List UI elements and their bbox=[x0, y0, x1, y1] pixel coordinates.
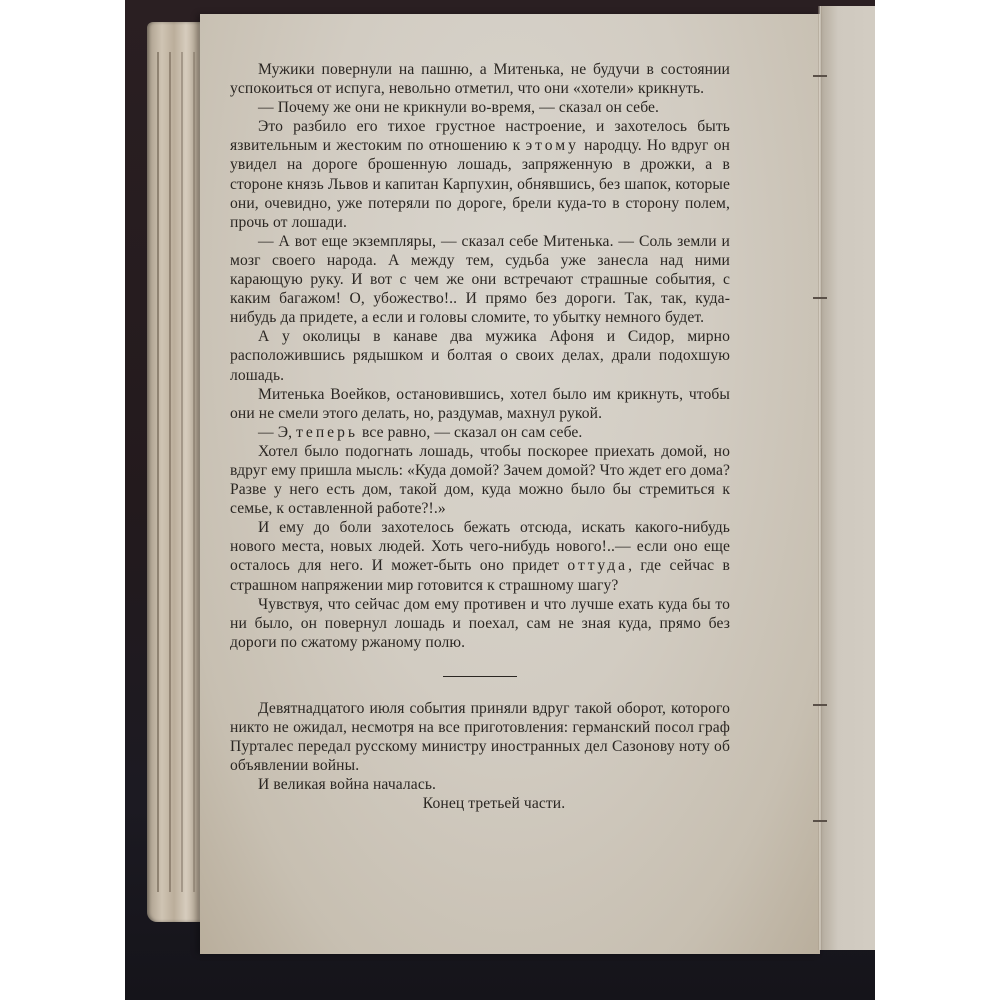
emphasized-word: этому bbox=[525, 137, 578, 154]
page-edges bbox=[147, 22, 207, 922]
book-gutter bbox=[818, 6, 822, 950]
emphasized-word: теперь bbox=[296, 424, 358, 441]
page-text: Мужики повернули на пашню, а Митенька, н… bbox=[230, 60, 730, 813]
paragraph: Девятнадцатого июля события приняли вдру… bbox=[230, 699, 730, 775]
paragraph: Митенька Воейков, остановившись, хотел б… bbox=[230, 385, 730, 423]
paragraph: Мужики повернули на пашню, а Митенька, н… bbox=[230, 60, 730, 98]
part-ending: Конец третьей части. bbox=[230, 794, 730, 813]
binding-stitch bbox=[813, 820, 827, 822]
paragraph: Хотел было подогнать лошадь, чтобы поско… bbox=[230, 442, 730, 518]
section-divider bbox=[443, 676, 517, 677]
paragraph: — Э, теперь все равно, — сказал он сам с… bbox=[230, 423, 730, 442]
paragraph: Это разбило его тихое грустное настроени… bbox=[230, 117, 730, 232]
paragraph: — Почему же они не крикнули во-время, — … bbox=[230, 98, 730, 117]
facing-page-edge bbox=[820, 6, 875, 950]
book-photo: Мужики повернули на пашню, а Митенька, н… bbox=[125, 0, 875, 1000]
paragraph: Чувствуя, что сейчас дом ему противен и … bbox=[230, 595, 730, 652]
paragraph: А у околицы в канаве два мужика Афоня и … bbox=[230, 327, 730, 384]
binding-stitch bbox=[813, 297, 827, 299]
book-page: Мужики повернули на пашню, а Митенька, н… bbox=[200, 14, 820, 954]
paragraph: И ему до боли захотелось бежать отсюда, … bbox=[230, 518, 730, 594]
emphasized-word: оттуда bbox=[567, 557, 628, 574]
binding-stitch bbox=[813, 704, 827, 706]
binding-stitch bbox=[813, 75, 827, 77]
paragraph: — А вот еще экземпляры, — сказал себе Ми… bbox=[230, 232, 730, 327]
paragraph: И великая война началась. bbox=[230, 775, 730, 794]
